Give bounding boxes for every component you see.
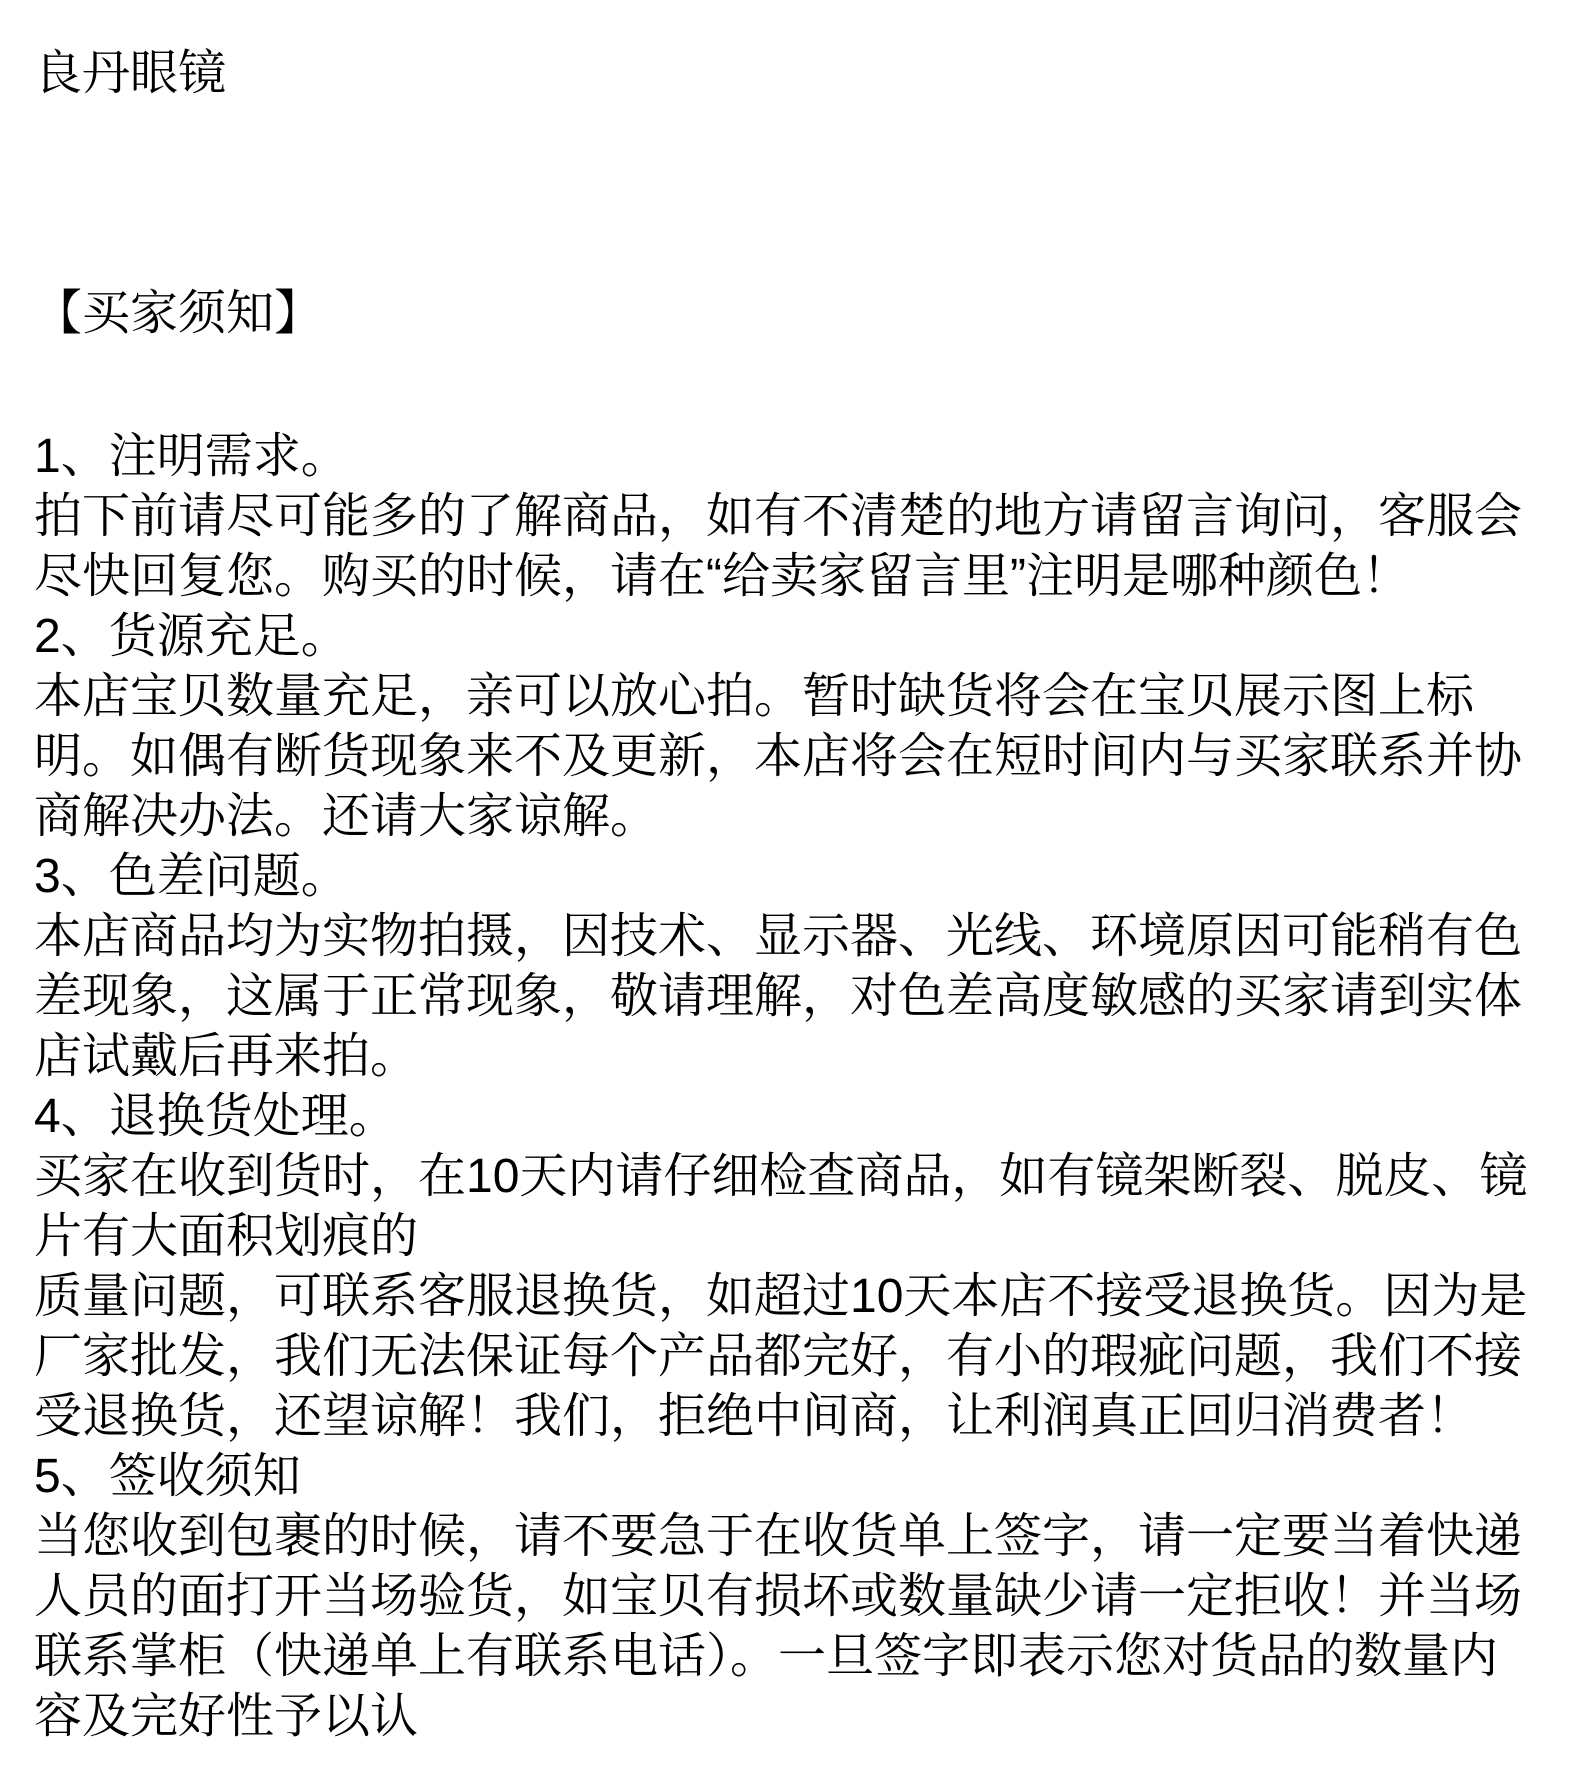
store-name-title: 良丹眼镜 (34, 44, 1544, 104)
notice-item-4: 4、退换货处理。 买家在收到货时，在10天内请仔细检查商品，如有镜架断裂、脱皮、… (34, 1087, 1544, 1447)
spacer (34, 104, 1544, 284)
notice-item-body: 本店商品均为实物拍摄，因技术、显示器、光线、环境原因可能稍有色差现象，这属于正常… (34, 907, 1544, 1087)
notice-item-heading: 1、注明需求。 (34, 427, 1544, 487)
notice-item-heading: 3、色差问题。 (34, 847, 1544, 907)
notice-item-body: 当您收到包裹的时候，请不要急于在收货单上签字，请一定要当着快递人员的面打开当场验… (34, 1507, 1544, 1747)
notice-item-body: 本店宝贝数量充足，亲可以放心拍。暂时缺货将会在宝贝展示图上标明。如偶有断货现象来… (34, 667, 1544, 847)
notice-item-heading: 4、退换货处理。 (34, 1087, 1544, 1147)
buyer-notice-list: 1、注明需求。 拍下前请尽可能多的了解商品，如有不清楚的地方请留言询问，客服会尽… (34, 427, 1544, 1747)
notice-item-body: 拍下前请尽可能多的了解商品，如有不清楚的地方请留言询问，客服会尽快回复您。购买的… (34, 487, 1544, 607)
notice-item-heading: 2、货源充足。 (34, 607, 1544, 667)
notice-item-5: 5、签收须知 当您收到包裹的时候，请不要急于在收货单上签字，请一定要当着快递人员… (34, 1447, 1544, 1747)
description-content: 良丹眼镜 【买家须知】 1、注明需求。 拍下前请尽可能多的了解商品，如有不清楚的… (34, 44, 1544, 1747)
notice-item-heading: 5、签收须知 (34, 1447, 1544, 1507)
buyer-notice-header: 【买家须知】 (34, 284, 1544, 344)
notice-item-2: 2、货源充足。 本店宝贝数量充足，亲可以放心拍。暂时缺货将会在宝贝展示图上标明。… (34, 607, 1544, 847)
spacer (34, 344, 1544, 427)
notice-item-body: 买家在收到货时，在10天内请仔细检查商品，如有镜架断裂、脱皮、镜片有大面积划痕的… (34, 1147, 1544, 1447)
notice-item-1: 1、注明需求。 拍下前请尽可能多的了解商品，如有不清楚的地方请留言询问，客服会尽… (34, 427, 1544, 607)
notice-item-3: 3、色差问题。 本店商品均为实物拍摄，因技术、显示器、光线、环境原因可能稍有色差… (34, 847, 1544, 1087)
product-description-page: 良丹眼镜 【买家须知】 1、注明需求。 拍下前请尽可能多的了解商品，如有不清楚的… (0, 0, 1580, 1784)
